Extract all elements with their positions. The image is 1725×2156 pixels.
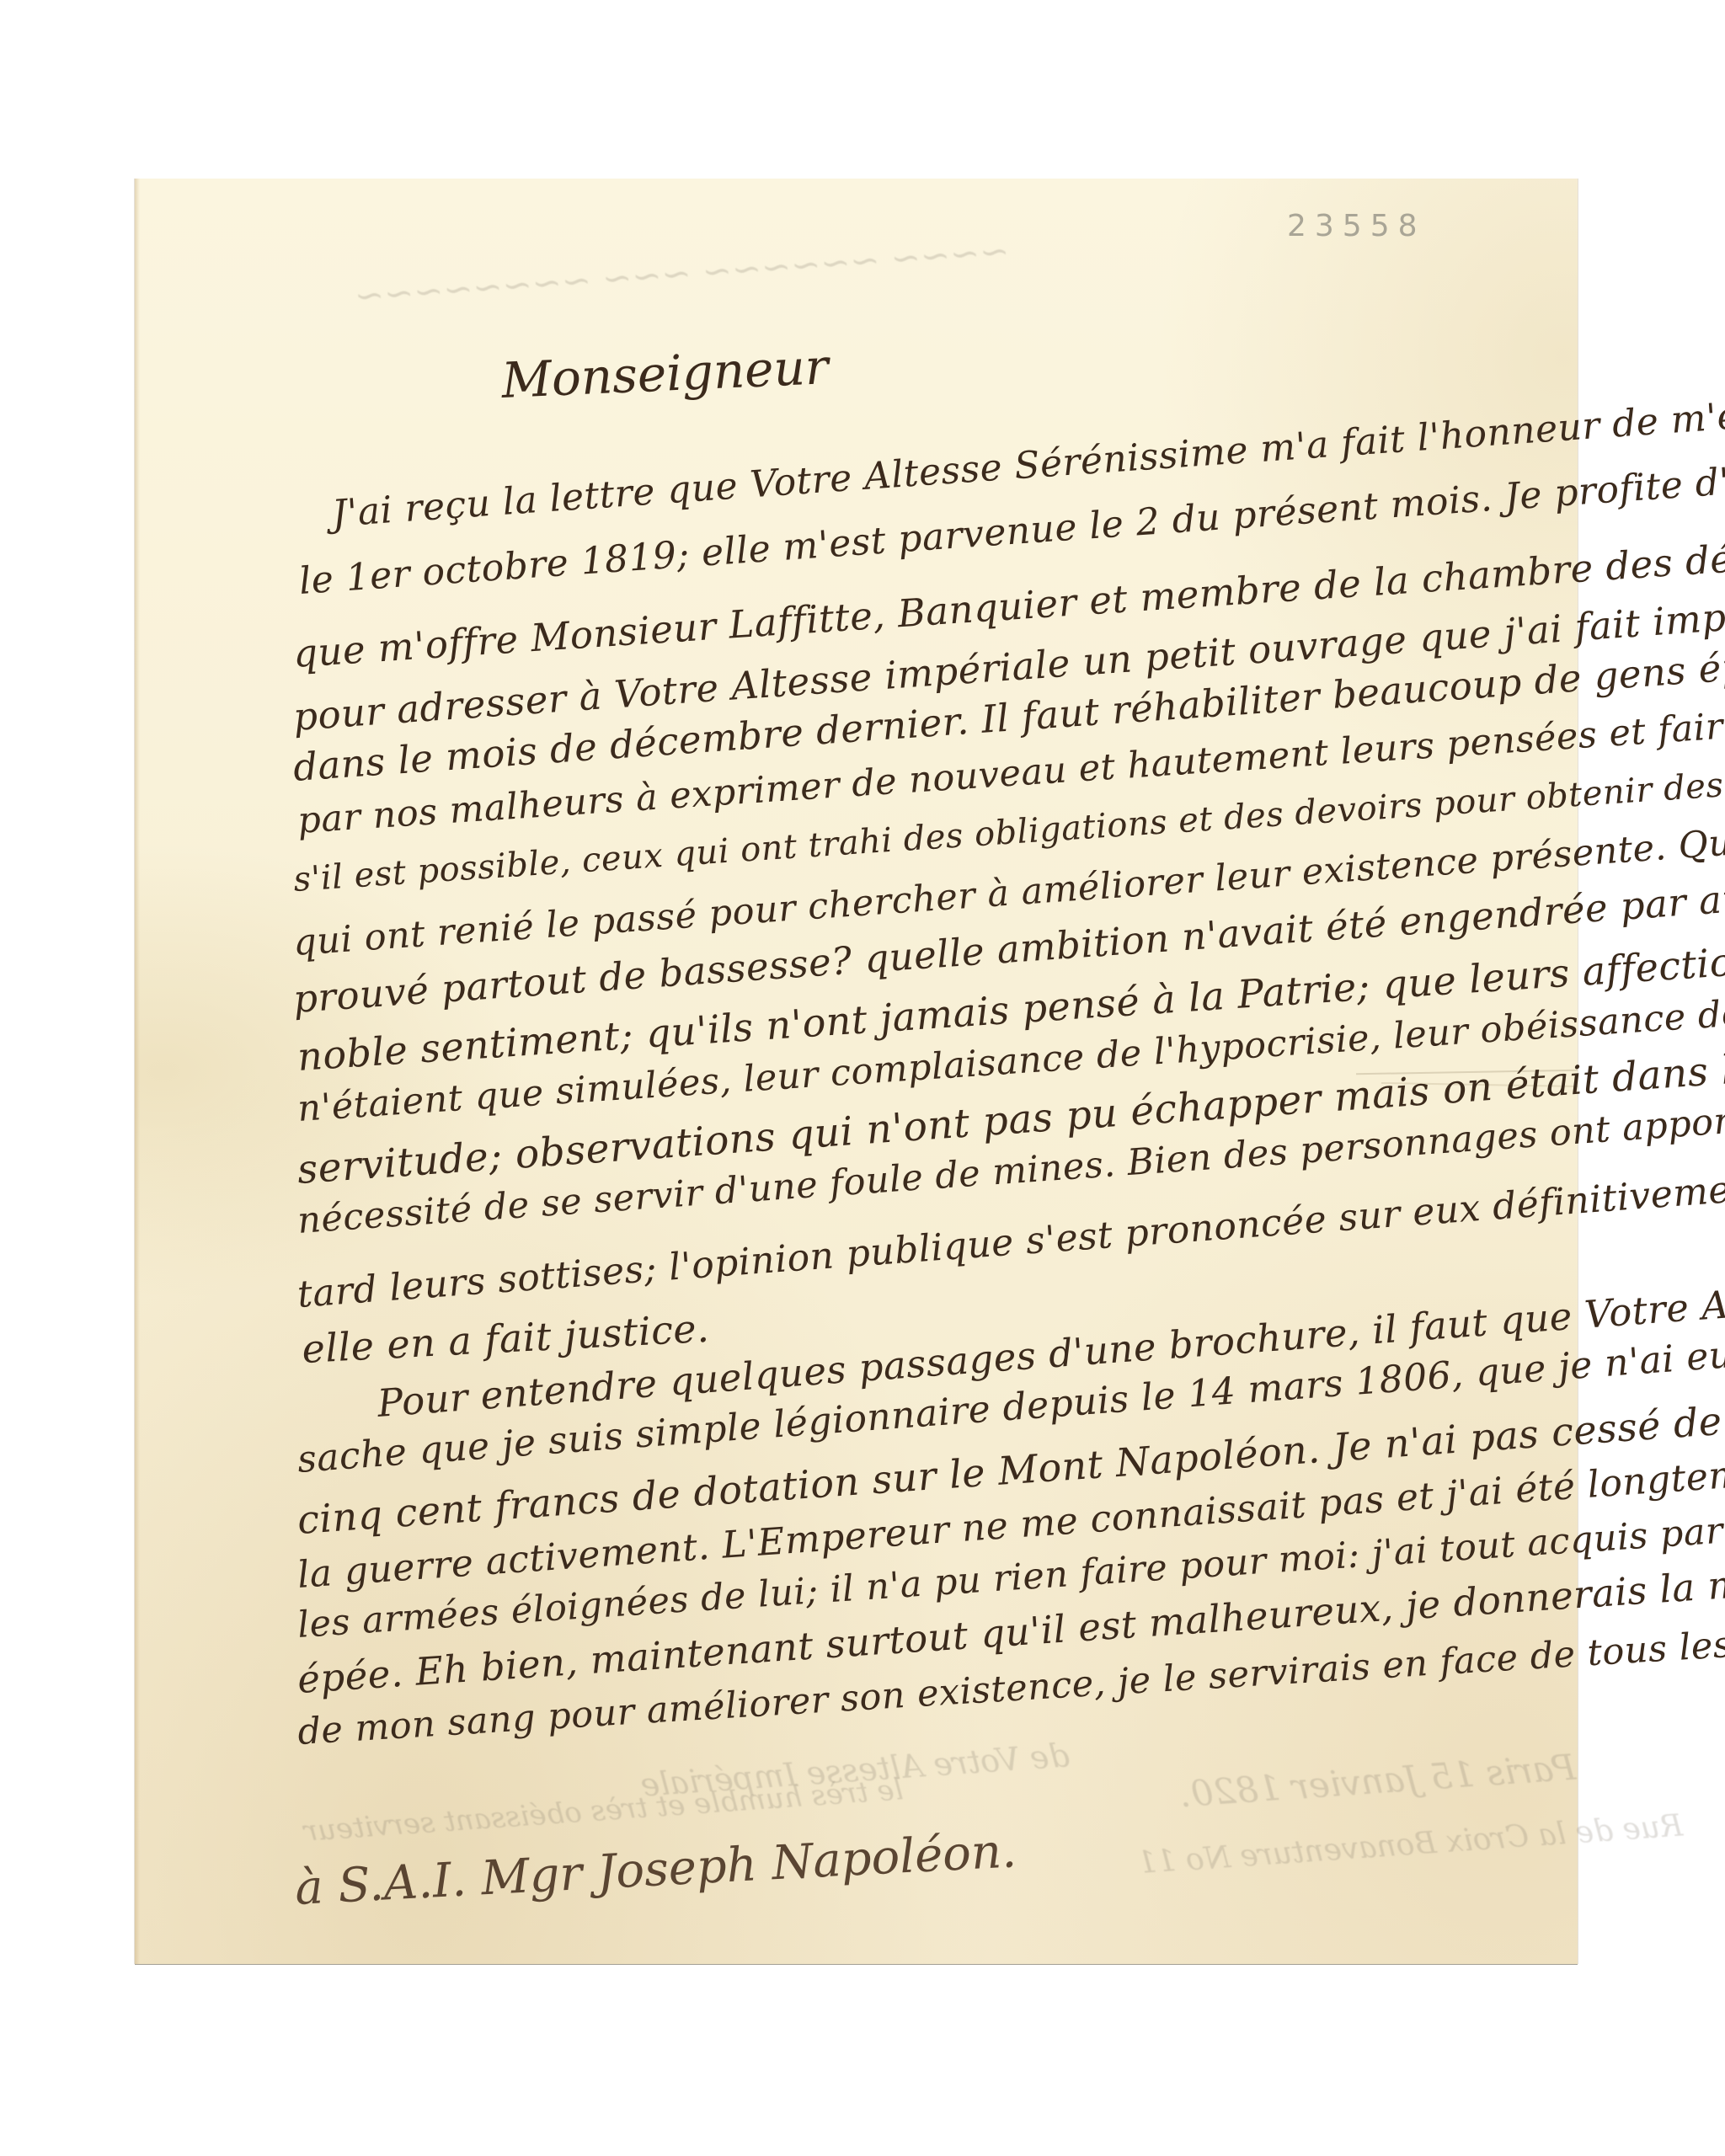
archive-number: 23558 (1287, 209, 1426, 243)
paper-edge (135, 179, 140, 1964)
